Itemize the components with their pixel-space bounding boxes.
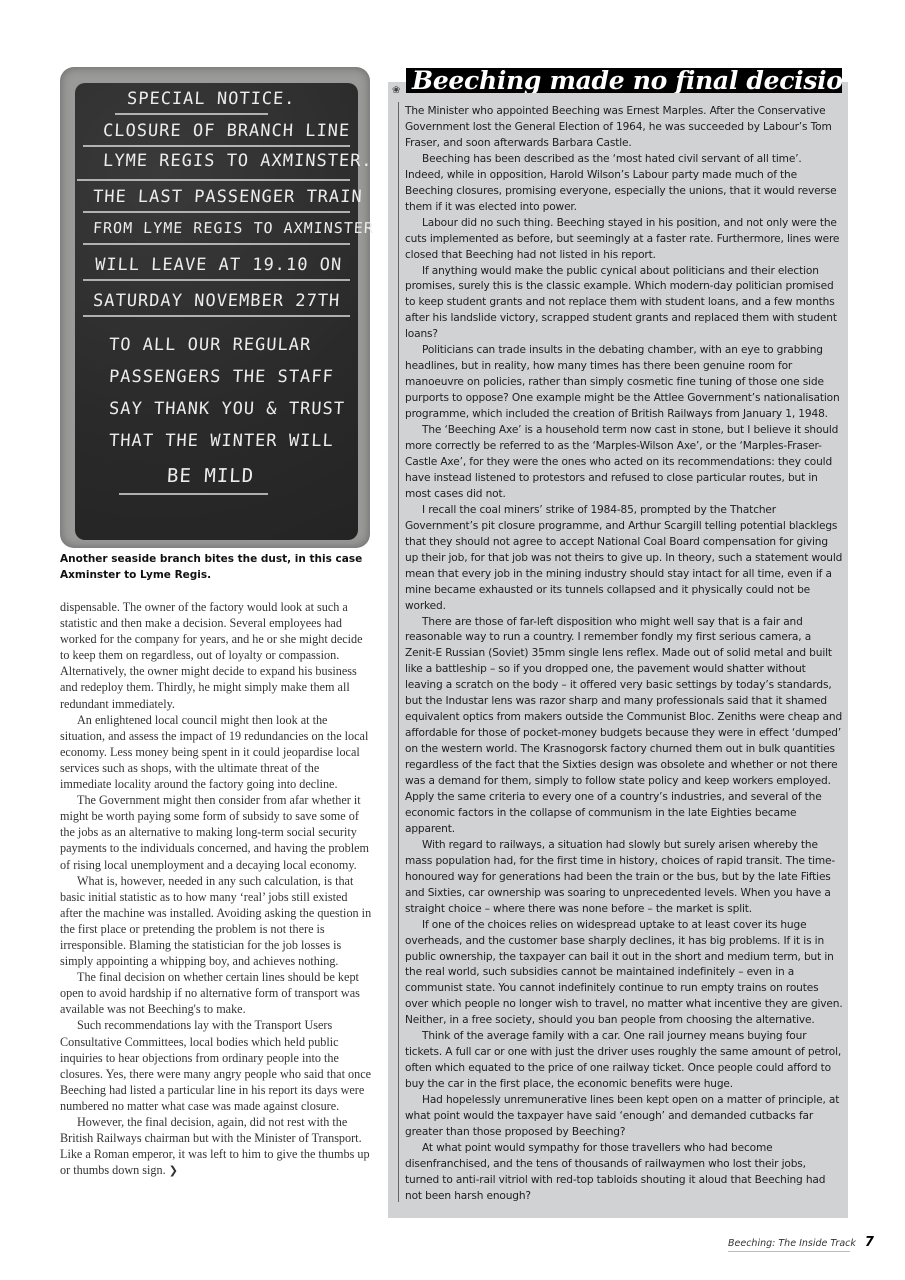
body-paragraph: Such recommendations lay with the Transp… [60, 1017, 372, 1114]
chalk-line: SAY THANK YOU & TRUST [108, 399, 345, 419]
body-paragraph: The Government might then consider from … [60, 792, 372, 872]
chalk-line: SATURDAY NOVEMBER 27TH [92, 291, 340, 311]
left-column-body: dispensable. The owner of the factory wo… [60, 599, 372, 1179]
body-paragraph-text: However, the final decision, again, did … [60, 1115, 370, 1177]
sidebar-paragraph: The Minister who appointed Beeching was … [405, 104, 843, 152]
chalk-line: CLOSURE OF BRANCH LINE [102, 121, 350, 141]
page-footer: Beeching: The Inside Track 7 [728, 1235, 850, 1252]
chalk-line: LYME REGIS TO AXMINSTER. [102, 151, 373, 171]
publication-prefix: Beeching: [728, 1238, 775, 1249]
chalk-line: TO ALL OUR REGULAR [108, 335, 311, 355]
sidebar-paragraph: Labour did no such thing. Beeching staye… [405, 216, 843, 264]
sidebar-body: The Minister who appointed Beeching was … [405, 104, 843, 1205]
chalk-rule [119, 493, 268, 495]
chalk-line: FROM LYME REGIS TO AXMINSTER [93, 219, 375, 237]
sidebar-paragraph: At what point would sympathy for those t… [405, 1141, 843, 1205]
sidebar-paragraph: I recall the coal miners’ strike of 1984… [405, 503, 843, 615]
sidebar-rule [398, 102, 399, 1202]
chalk-rule [83, 315, 350, 317]
sidebar-paragraph: The ‘Beeching Axe’ is a household term n… [405, 423, 843, 503]
ornament-icon: ❀ [392, 85, 400, 96]
body-paragraph: An enlightened local council might then … [60, 712, 372, 792]
chalk-line: WILL LEAVE AT 19.10 ON [94, 255, 342, 275]
chalk-line: THE LAST PASSENGER TRAIN [92, 187, 363, 207]
sidebar-paragraph: Beeching has been described as the ‘most… [405, 152, 843, 216]
body-paragraph: dispensable. The owner of the factory wo… [60, 599, 372, 712]
chalk-rule [77, 179, 350, 181]
sidebar-paragraph: If one of the choices relies on widespre… [405, 918, 843, 1030]
chalk-rule [83, 211, 350, 213]
chalk-line: THAT THE WINTER WILL [108, 431, 334, 451]
sidebar-paragraph: Politicians can trade insults in the deb… [405, 343, 843, 423]
sidebar-heading: Beeching made no final decisions [406, 68, 842, 93]
chalk-rule [83, 145, 350, 147]
page-number: 7 [865, 1235, 874, 1250]
chalk-line: SPECIAL NOTICE. [126, 89, 296, 109]
chalk-rule [83, 279, 350, 281]
end-of-article-icon: ❯ [169, 1164, 178, 1177]
sidebar-paragraph: With regard to railways, a situation had… [405, 838, 843, 918]
sidebar-paragraph: There are those of far-left disposition … [405, 615, 843, 838]
sidebar-paragraph: Had hopelessly unremunerative lines been… [405, 1093, 843, 1141]
chalk-rule [115, 113, 268, 115]
chalk-line: BE MILD [166, 465, 254, 487]
chalk-line: PASSENGERS THE STAFF [108, 367, 334, 387]
chalk-rule [83, 243, 350, 245]
photo-caption: Another seaside branch bites the dust, i… [60, 551, 380, 583]
publication-title: The Inside Track [778, 1238, 856, 1249]
body-paragraph-last: However, the final decision, again, did … [60, 1114, 372, 1179]
sidebar-paragraph: Think of the average family with a car. … [405, 1029, 843, 1093]
body-paragraph: What is, however, needed in any such cal… [60, 873, 372, 970]
chalkboard-photo: SPECIAL NOTICE. CLOSURE OF BRANCH LINE L… [60, 67, 370, 548]
chalkboard: SPECIAL NOTICE. CLOSURE OF BRANCH LINE L… [75, 83, 358, 540]
sidebar-paragraph: If anything would make the public cynica… [405, 264, 843, 344]
body-paragraph: The final decision on whether certain li… [60, 969, 372, 1017]
